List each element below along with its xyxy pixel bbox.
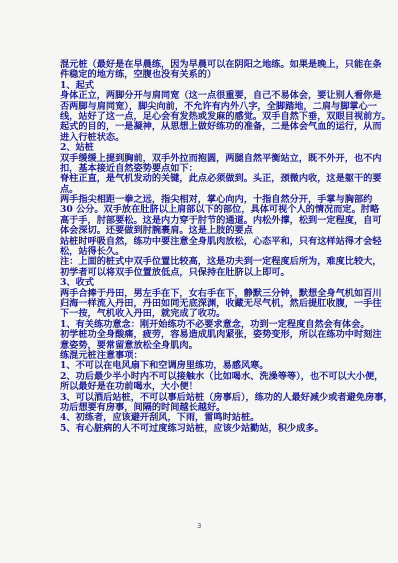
text-line: 进入行桩状态。: [60, 133, 344, 143]
note-line: 初学者可以将双手位置放低点，只保持在肚脐以上即可。: [60, 268, 344, 278]
text-line: 身体正立，两脚分开与肩同宽（这一点很重要，自己不易体会，要让别人看你是: [60, 91, 344, 101]
text-line: 件稳定的地方练，空腹也没有关系的）: [60, 70, 344, 80]
precaution-item: 5、有心脏病的人不可过度练习站桩，应该少站勤站，积少成多。: [60, 424, 344, 434]
section-heading-standing-post: 2、站桩: [60, 143, 344, 153]
precaution-item: 所以最好是在功前喝水，大小便！: [60, 382, 344, 392]
page-number: 3: [197, 522, 201, 530]
text-line: 初学桩功全身酸痛，疲劳，容易造成肌肉紧张，姿势变形，所以在练功中时刻注: [60, 330, 344, 340]
document-body: 混元桩（最好是在早晨练，因为早晨可以在阴阳之地练。如果是晚上，只能在条 件稳定的…: [60, 60, 344, 434]
document-page: 混元桩（最好是在早晨练，因为早晨可以在阴阳之地练。如果是晚上，只能在条 件稳定的…: [0, 0, 398, 563]
text-line: 脊柱正直，是气机发动的关键，此点必须做到。头正，颈微内收，这是躯干的要: [60, 174, 344, 184]
